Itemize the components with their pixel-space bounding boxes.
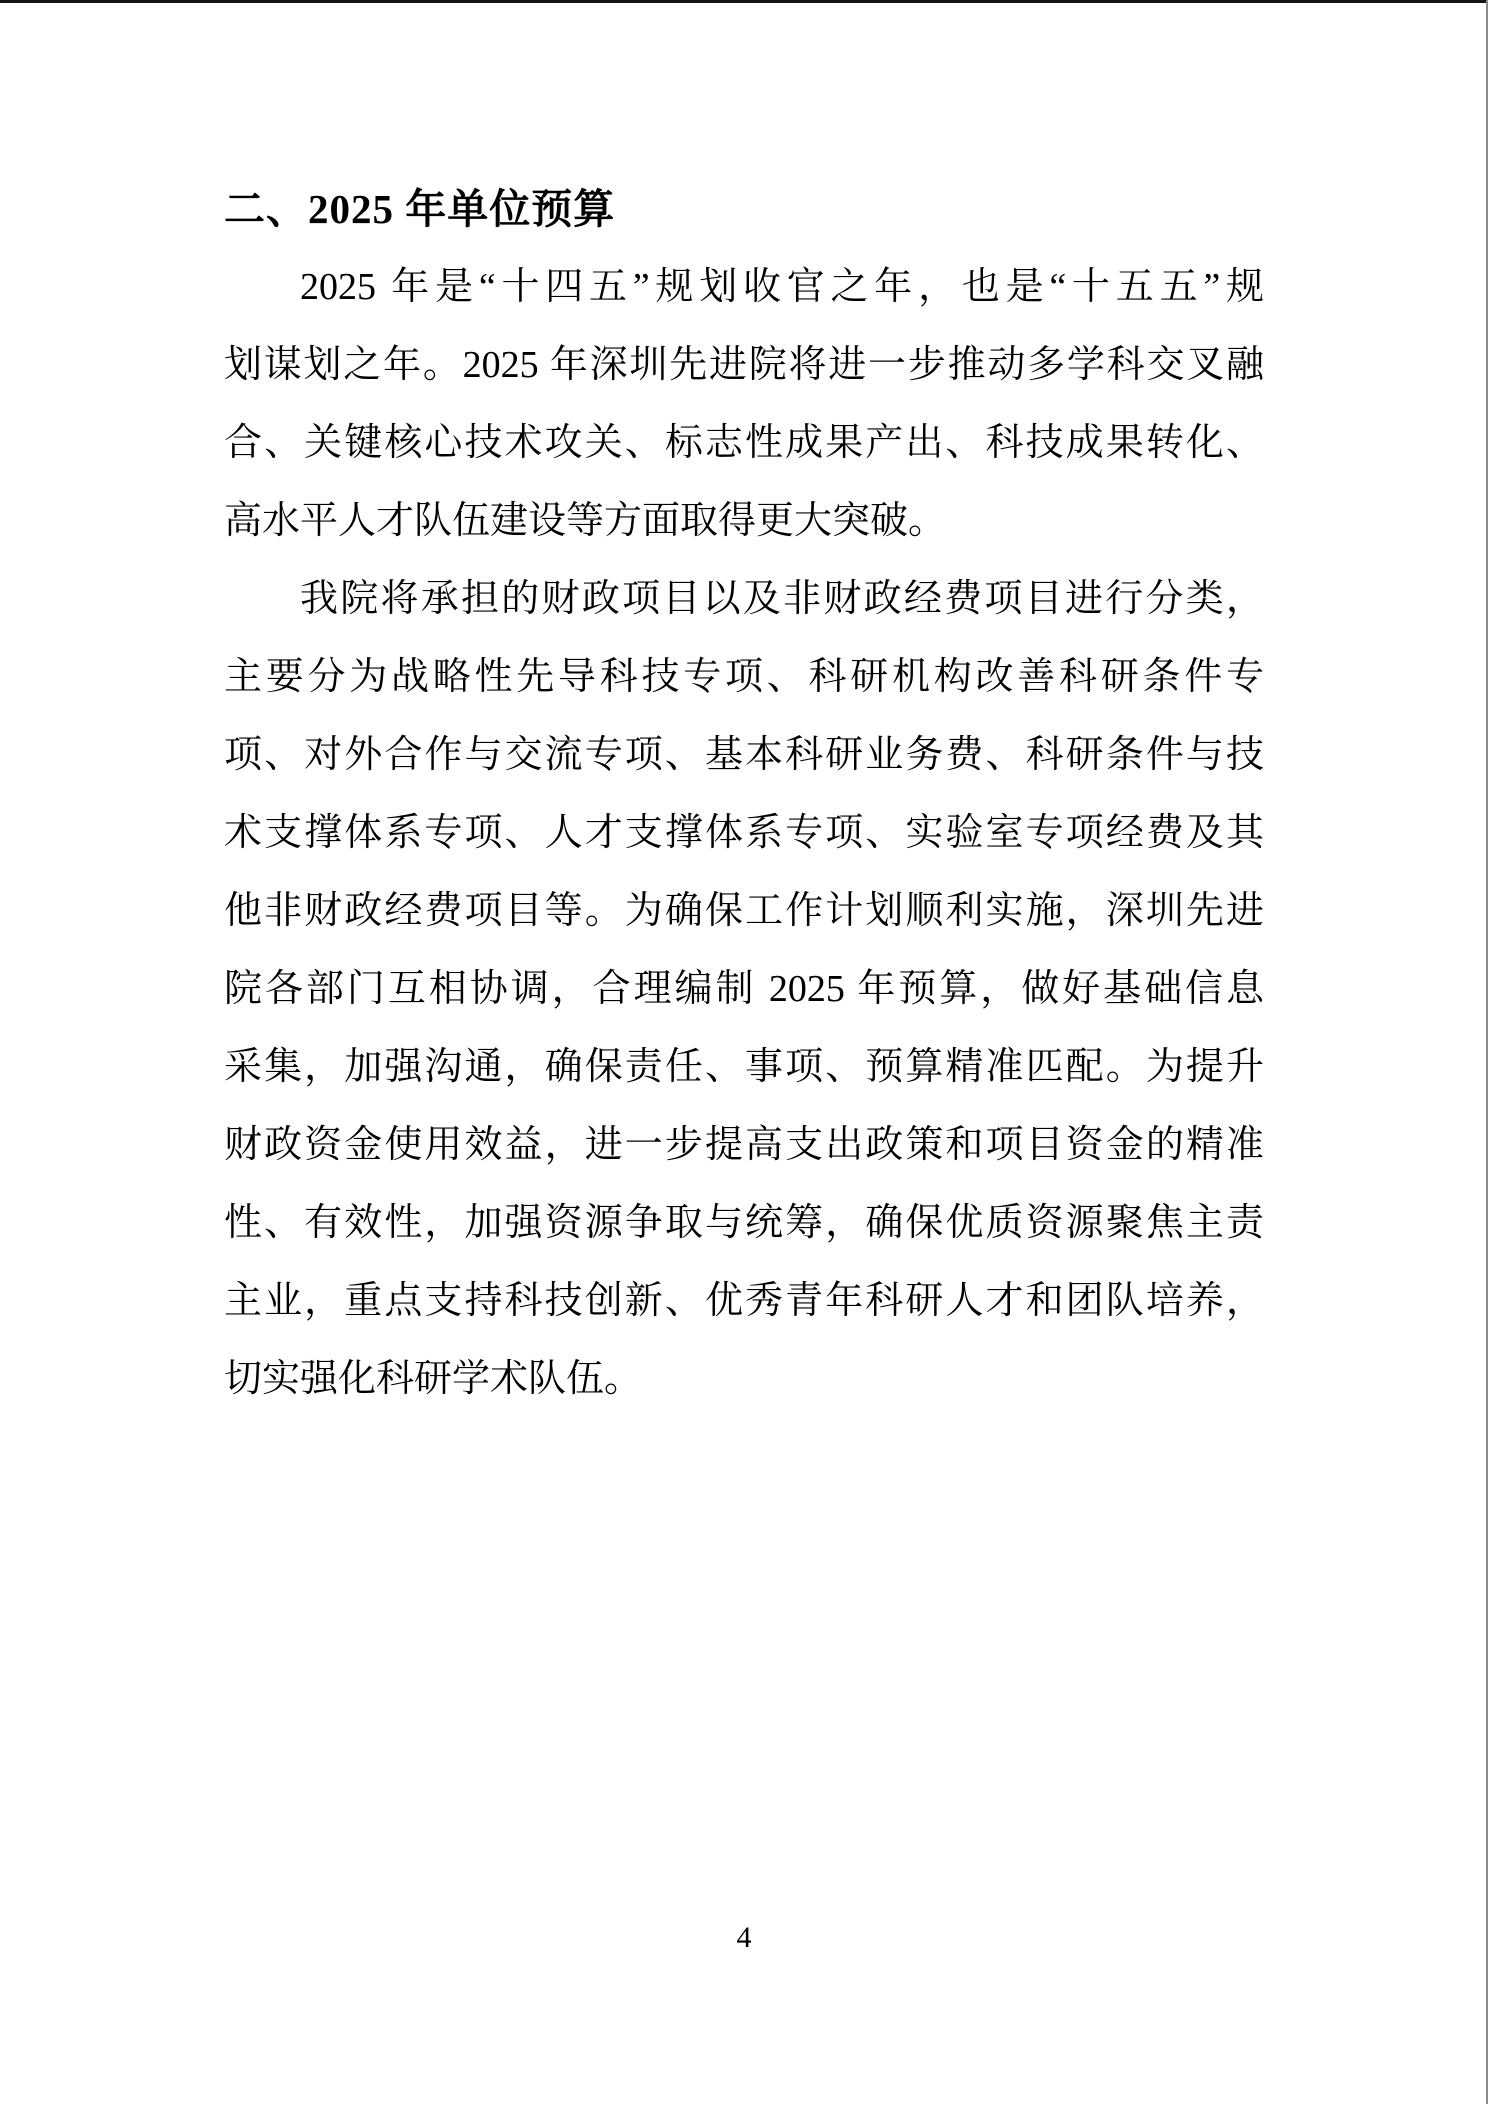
text-line: 划谋划之年。2025 年深圳先进院将进一步推动多学科交叉融	[224, 326, 1264, 404]
text-line: 主业，重点支持科技创新、优秀青年科研人才和团队培养，	[224, 1262, 1264, 1340]
text-line: 我院将承担的财政项目以及非财政经费项目进行分类，	[224, 560, 1264, 638]
text-line: 院各部门互相协调，合理编制 2025 年预算，做好基础信息	[224, 950, 1264, 1028]
paragraph: 我院将承担的财政项目以及非财政经费项目进行分类， 主要分为战略性先导科技专项、科…	[224, 560, 1264, 1418]
text-line: 主要分为战略性先导科技专项、科研机构改善科研条件专	[224, 638, 1264, 716]
text-block: 二、2025 年单位预算 2025 年是“十四五”规划收官之年，也是“十五五”规…	[224, 170, 1264, 1418]
page-top-edge	[0, 0, 1488, 3]
text-line: 财政资金使用效益，进一步提高支出政策和项目资金的精准	[224, 1106, 1264, 1184]
paragraph: 2025 年是“十四五”规划收官之年，也是“十五五”规 划谋划之年。2025 年…	[224, 248, 1264, 560]
text-line: 2025 年是“十四五”规划收官之年，也是“十五五”规	[224, 248, 1264, 326]
text-line: 切实强化科研学术队伍。	[224, 1340, 1264, 1418]
page-number: 4	[0, 1918, 1488, 1958]
section-heading: 二、2025 年单位预算	[224, 170, 1264, 248]
text-line: 性、有效性，加强资源争取与统筹，确保优质资源聚焦主责	[224, 1184, 1264, 1262]
text-line: 合、关键核心技术攻关、标志性成果产出、科技成果转化、	[224, 404, 1264, 482]
text-line: 采集，加强沟通，确保责任、事项、预算精准匹配。为提升	[224, 1028, 1264, 1106]
text-line: 项、对外合作与交流专项、基本科研业务费、科研条件与技	[224, 716, 1264, 794]
text-line: 他非财政经费项目等。为确保工作计划顺利实施，深圳先进	[224, 872, 1264, 950]
document-page: 二、2025 年单位预算 2025 年是“十四五”规划收官之年，也是“十五五”规…	[0, 0, 1488, 2104]
text-line: 术支撑体系专项、人才支撑体系专项、实验室专项经费及其	[224, 794, 1264, 872]
text-line: 高水平人才队伍建设等方面取得更大突破。	[224, 482, 1264, 560]
